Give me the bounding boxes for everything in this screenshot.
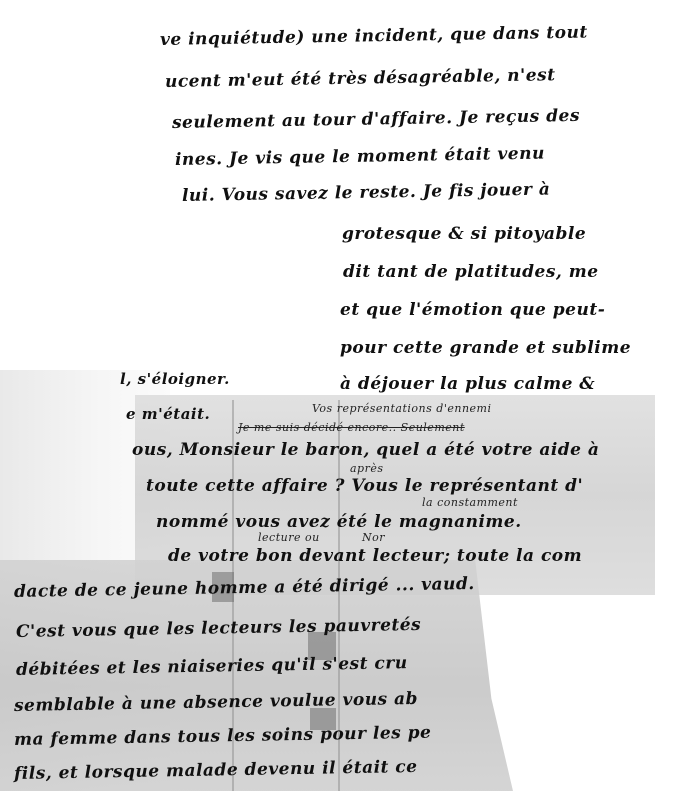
text-line: de votre bon devant lecteur; toute la co… — [168, 546, 582, 566]
interlinear-text: Vos représentations d'ennemi — [312, 402, 491, 415]
manuscript-page: ve inquiétude) une incident, que dans to… — [0, 0, 700, 791]
text-line: grotesque & si pitoyable — [342, 224, 586, 244]
text-line: toute cette affaire ? Vous le représenta… — [146, 476, 583, 496]
text-line: ve inquiétude) une incident, que dans to… — [160, 23, 588, 50]
insertion-text: la constamment — [422, 496, 518, 509]
text-line: seulement au tour d'affaire. Je reçus de… — [172, 106, 580, 133]
text-line: ucent m'eut été très désagréable, n'est — [165, 65, 556, 92]
text-line: pour cette grande et sublime — [340, 338, 631, 358]
text-line: dit tant de platitudes, me — [343, 262, 599, 282]
insertion-text: Nor — [362, 531, 385, 544]
insertion-text: lecture ou — [258, 531, 320, 544]
text-line: à déjouer la plus calme & — [340, 374, 595, 394]
text-line: lui. Vous savez le reste. Je fis jouer à — [182, 180, 551, 206]
text-line: ous, Monsieur le baron, quel a été votre… — [132, 440, 599, 460]
margin-text: l, s'éloigner. — [120, 370, 230, 388]
text-line: ines. Je vis que le moment était venu — [175, 144, 545, 170]
margin-text: e m'était. — [126, 405, 210, 423]
struck-interlinear-text: Je me suis décidé encore.. Seulement — [238, 421, 465, 434]
text-line: et que l'émotion que peut- — [340, 300, 605, 320]
text-line: nommé vous avez été le magnanime. — [156, 512, 522, 532]
insertion-text: après — [350, 462, 384, 475]
